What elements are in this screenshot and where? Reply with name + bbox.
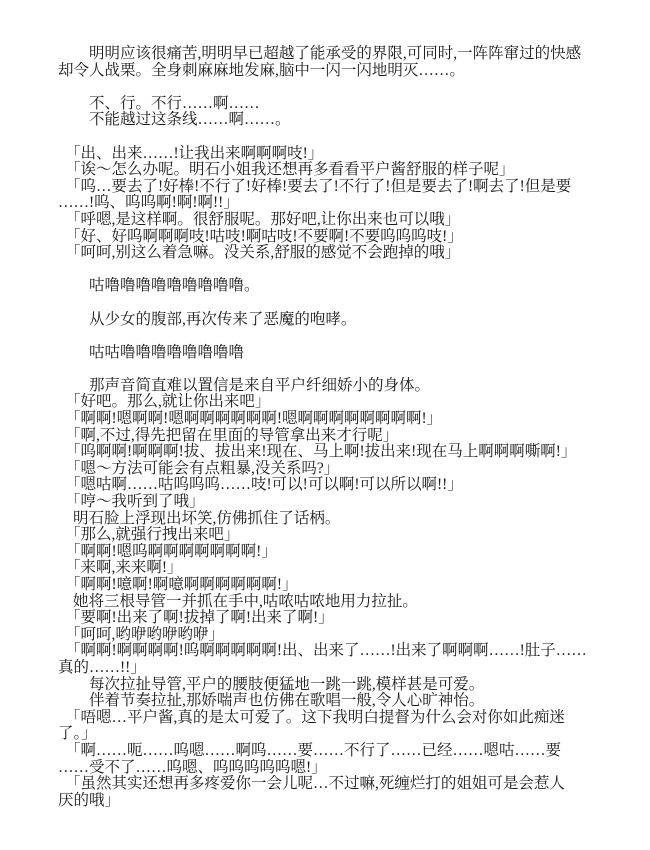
text-line: 「呼嗯,是这样啊。很舒服呢。那好吧,让你出来也可以哦」: [58, 212, 610, 229]
text-line: 了。」: [58, 726, 610, 743]
text-line: 「虽然其实还想再多疼爱你一会儿呢…不过嘛,死缠烂打的姐姐可是会惹人: [58, 776, 610, 793]
text-line: 「呵呵,别这么着急嘛。没关系,舒服的感觉不会跑掉的哦」: [58, 245, 610, 262]
text-line: 「呜…要去了!好棒!不行了!好棒!要去了!不行了!但是要去了!啊去了!但是要: [58, 179, 610, 196]
text-line: 「好、好呜啊啊啊吱!咕吱!啊咕吱!不要啊!不要呜呜呜吱!」: [58, 229, 610, 246]
blank-line: [58, 295, 610, 312]
text-line: 「呵呵,哟咿哟咿哟咿」: [58, 627, 610, 644]
text-line: 明明应该很痛苦,明明早已超越了能承受的界限,可同时,一阵阵窜过的快感: [58, 46, 610, 63]
text-line: 「啊啊!嗯呜啊啊啊啊啊啊啊!」: [58, 544, 610, 561]
text-line: 「啊啊!噫啊!啊噫啊啊啊啊啊啊!」: [58, 577, 610, 594]
text-line: 不能越过这条线……啊……。: [58, 112, 610, 129]
text-line: 「出、出来……!让我出来啊啊啊吱!」: [58, 146, 610, 163]
blank-line: [58, 262, 610, 279]
text-line: 「啊啊!嗯啊啊!嗯啊啊啊啊啊啊!嗯啊啊啊啊啊啊啊啊!」: [58, 411, 610, 428]
text-line: 从少女的腹部,再次传来了恶魔的咆哮。: [58, 312, 610, 329]
text-line: 「啊,不过,得先把留在里面的导管拿出来才行呢」: [58, 428, 610, 445]
text-line: ……!呜、呜呜啊!啊!啊!!」: [58, 195, 610, 212]
text-line: 那声音简直难以置信是来自平户纤细娇小的身体。: [58, 378, 610, 395]
text-content: 明明应该很痛苦,明明早已超越了能承受的界限,可同时,一阵阵窜过的快感却令人战栗。…: [58, 46, 610, 809]
text-line: 「诶～怎么办呢。明石小姐我还想再多看看平户酱舒服的样子呢」: [58, 162, 610, 179]
blank-line: [58, 129, 610, 146]
blank-line: [58, 328, 610, 345]
text-line: 「呜啊啊!啊啊啊!拔、拔出来!现在、马上啊!拔出来!现在马上啊啊啊嘶啊!」: [58, 444, 610, 461]
text-line: 「那么,就强行拽出来吧」: [58, 527, 610, 544]
blank-line: [58, 79, 610, 96]
text-line: 伴着节奏拉扯,那娇喘声也仿佛在歌唱一般,令人心旷神怡。: [58, 693, 610, 710]
text-line: 「啊……呃……呜嗯……啊呜……要……不行了……已经……嗯咕……要: [58, 743, 610, 760]
text-line: ……受不了……呜嗯、呜呜呜呜呜嗯!」: [58, 760, 610, 777]
document-page: 明明应该很痛苦,明明早已超越了能承受的界限,可同时,一阵阵窜过的快感却令人战栗。…: [0, 0, 650, 850]
text-line: 每次拉扯导管,平户的腰肢便猛地一跳一跳,模样甚是可爱。: [58, 677, 610, 694]
text-line: 不、行。不行……啊……: [58, 96, 610, 113]
text-line: 「哼～我听到了哦」: [58, 494, 610, 511]
text-line: 「嗯～方法可能会有点粗暴,没关系吗?」: [58, 461, 610, 478]
text-line: 厌的哦」: [58, 793, 610, 810]
text-line: 「好吧。那么,就让你出来吧」: [58, 394, 610, 411]
text-line: 却令人战栗。全身刺麻麻地发麻,脑中一闪一闪地明灭……。: [58, 63, 610, 80]
text-line: 明石脸上浮现出坏笑,仿佛抓住了话柄。: [58, 511, 610, 528]
text-line: 「来啊,来来啊!」: [58, 560, 610, 577]
text-line: 「啊啊!啊啊啊啊!呜啊啊啊啊啊!出、出来了……!出来了啊啊啊……!肚子……: [58, 643, 610, 660]
text-line: 「唔嗯…平户酱,真的是太可爱了。这下我明白提督为什么会对你如此痴迷: [58, 710, 610, 727]
text-line: 她将三根导管一并抓在手中,咕哝咕哝地用力拉扯。: [58, 594, 610, 611]
text-line: 真的……!!」: [58, 660, 610, 677]
text-line: 「嗯咕啊……咕呜呜呜……吱!可以!可以啊!可以所以啊!!」: [58, 477, 610, 494]
text-line: 咕噜噜噜噜噜噜噜噜噜。: [58, 278, 610, 295]
blank-line: [58, 361, 610, 378]
text-line: 咕咕噜噜噜噜噜噜噜噜: [58, 345, 610, 362]
text-line: 「要啊!出来了啊!拔掉了啊!出来了啊!」: [58, 610, 610, 627]
